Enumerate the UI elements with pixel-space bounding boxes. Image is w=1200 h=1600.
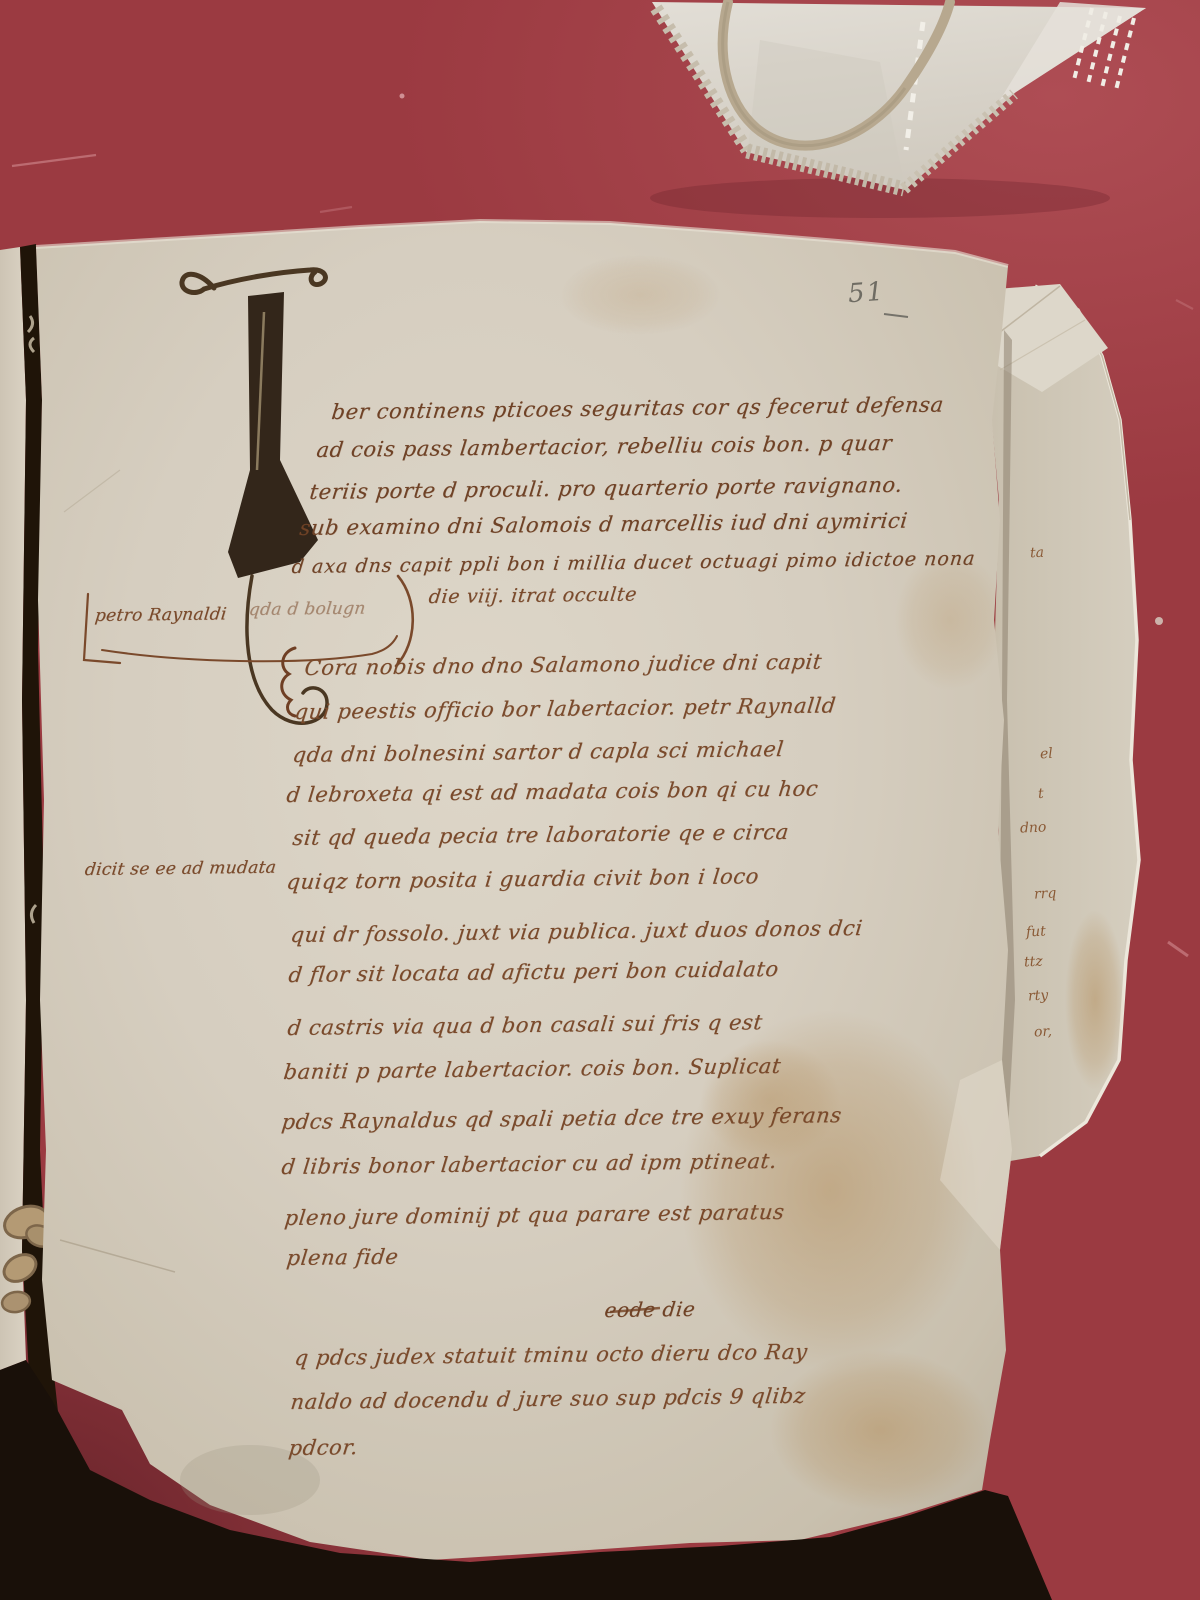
scene-art (0, 0, 1200, 1600)
stain (770, 1350, 990, 1510)
photograph: { "photo": { "table_color": "#9b3a41", "… (0, 0, 1200, 1600)
stain (560, 255, 720, 335)
face-mask (652, 2, 1146, 190)
main-page (36, 221, 1012, 1560)
table-speck (400, 94, 405, 99)
paper-crumb (1155, 617, 1163, 625)
stain (180, 1445, 320, 1515)
facing-page-edge (0, 247, 26, 1370)
stain (700, 1040, 840, 1160)
stain (895, 550, 1005, 690)
